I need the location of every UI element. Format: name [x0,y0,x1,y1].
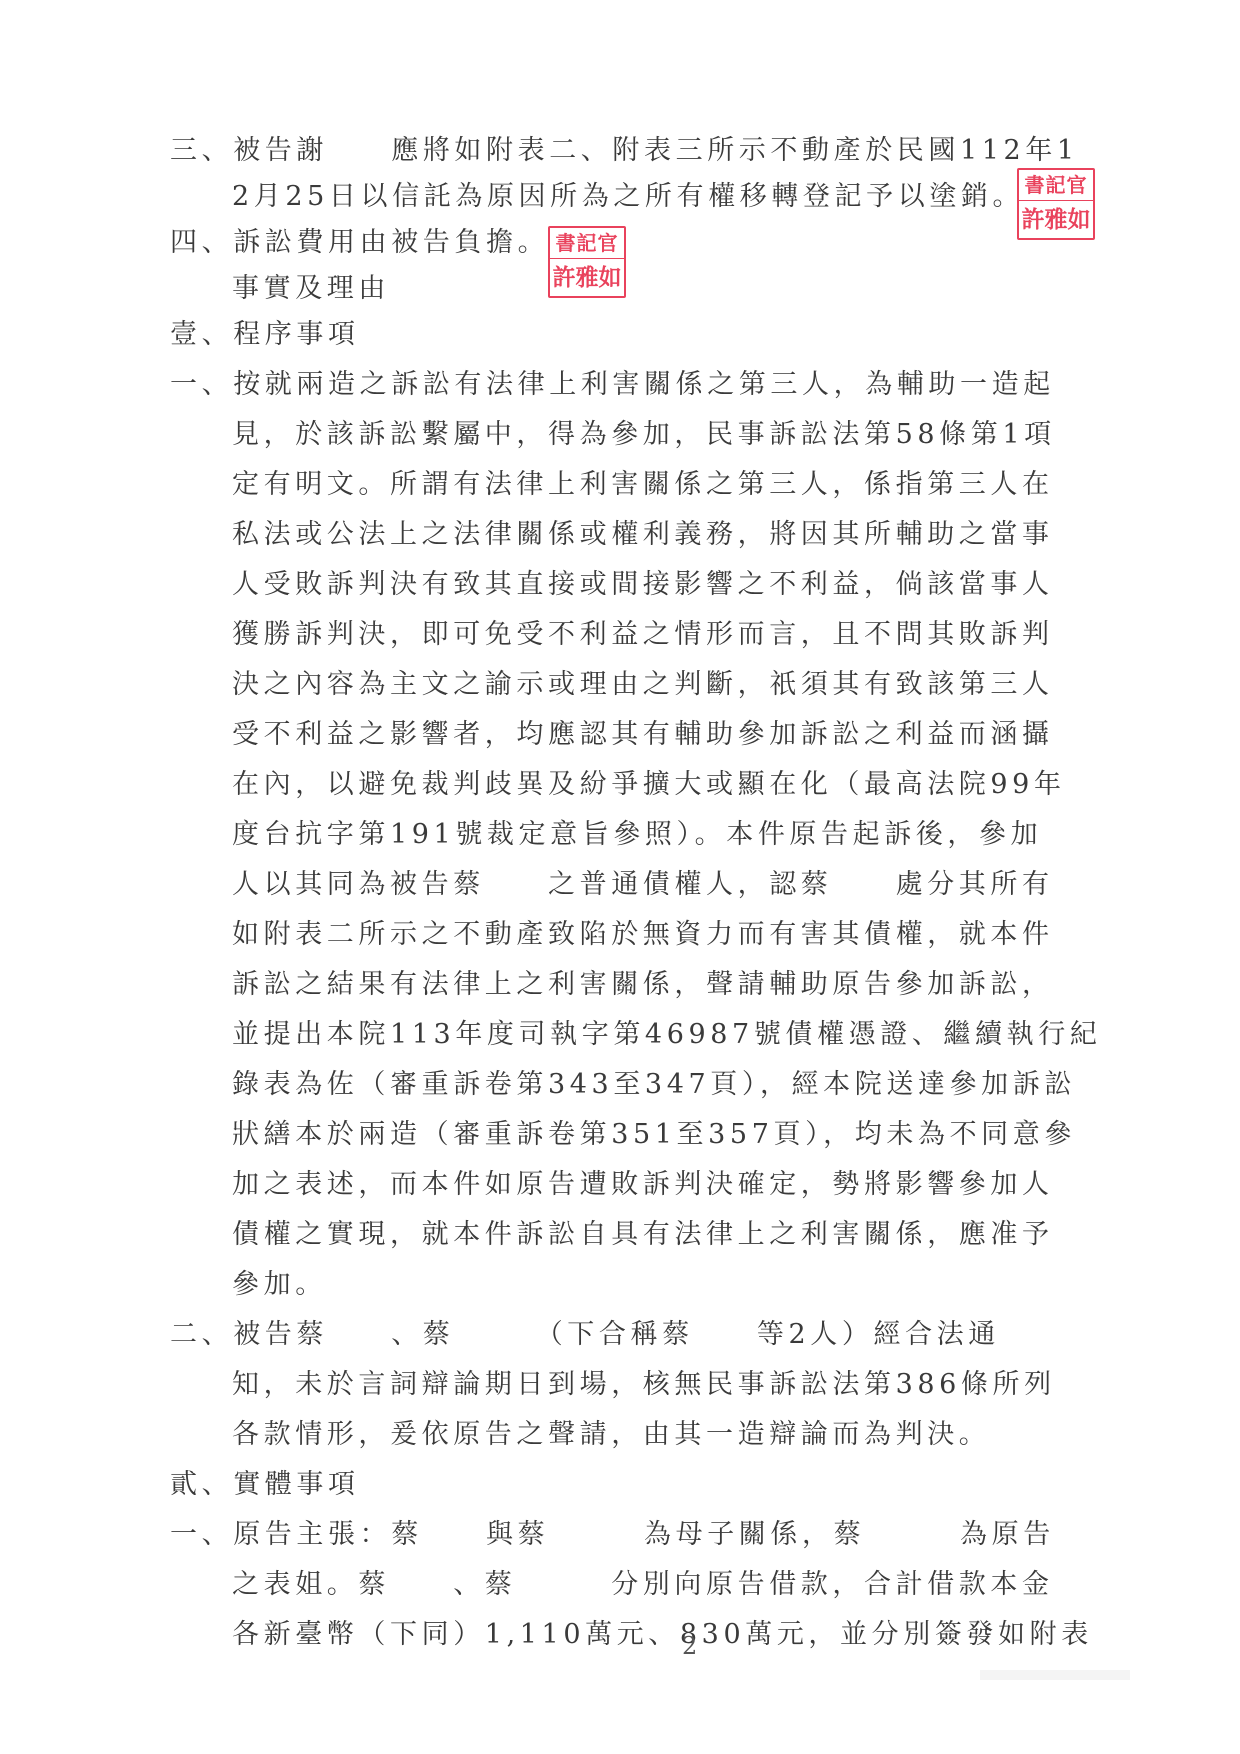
section-heading: 貳、實體事項 [170,1468,360,1502]
line-text: 訴訟之結果有法律上之利害關係，聲請輔助原告參加訴訟， [232,969,1054,1000]
line-text: 訴訟費用由被告負擔。 [233,227,549,258]
clerk-seal-stamp: 書記官 許雅如 [1017,168,1095,240]
line-text: 原告主張：蔡 與蔡 為母子關係，蔡 為原告 [233,1519,1055,1550]
line-text: 在內，以避免裁判歧異及紛爭擴大或顯在化（最高法院99年 [232,769,1066,800]
text-line: 之表姐。蔡 、蔡 分別向原告借款，合計借款本金 [232,1568,1054,1602]
line-text: 實體事項 [233,1469,359,1500]
text-line: 並提出本院113年度司執字第46987號債權憑證、繼續執行紀 [232,1018,1101,1052]
item-prefix: 貳、 [170,1469,233,1500]
line-text: 各款情形，爰依原告之聲請，由其一造辯論而為判決。 [232,1419,990,1450]
text-line: 在內，以避免裁判歧異及紛爭擴大或顯在化（最高法院99年 [232,768,1066,802]
line-text: 如附表二所示之不動產致陷於無資力而有害其債權，就本件 [232,919,1054,950]
line-text: 受不利益之影響者，均應認其有輔助參加訴訟之利益而涵攝 [232,719,1054,750]
text-line: 各新臺幣（下同）1,110萬元、830萬元，並分別簽發如附表 [232,1618,1093,1652]
line-text: 按就兩造之訴訟有法律上利害關係之第三人，為輔助一造起 [233,369,1055,400]
text-line: 私法或公法上之法律關係或權利義務，將因其所輔助之當事 [232,518,1054,552]
line-text: 被告謝 應將如附表二、附表三所示不動產於民國112年1 [233,135,1079,166]
clerk-seal-stamp: 書記官 許雅如 [548,226,626,298]
item-prefix: 二、 [170,1319,233,1350]
seal-name: 許雅如 [1019,201,1093,239]
item-prefix: 三、 [170,135,233,166]
text-line: 參加。 [232,1268,327,1302]
item-prefix: 一、 [170,369,233,400]
item-prefix: 一、 [170,1519,233,1550]
section-heading: 事實及理由 [232,272,390,306]
text-line: 2月25日以信託為原因所為之所有權移轉登記予以塗銷。 [232,180,1024,214]
text-line: 一、按就兩造之訴訟有法律上利害關係之第三人，為輔助一造起 [170,368,1055,402]
line-text: 見，於該訴訟繫屬中，得為參加，民事訴訟法第58條第1項 [232,419,1056,450]
text-line: 決之內容為主文之諭示或理由之判斷，祇須其有致該第三人 [232,668,1054,702]
text-line: 狀繕本於兩造（審重訴卷第351至357頁），均未為不同意參 [232,1118,1076,1152]
text-line: 人以其同為被告蔡 之普通債權人，認蔡 處分其所有 [232,868,1054,902]
text-line: 受不利益之影響者，均應認其有輔助參加訴訟之利益而涵攝 [232,718,1054,752]
text-line: 見，於該訴訟繫屬中，得為參加，民事訴訟法第58條第1項 [232,418,1056,452]
line-text: 度台抗字第191號裁定意旨參照）。本件原告起訴後，參加 [232,819,1042,850]
line-text: 債權之實現，就本件訴訟自具有法律上之利害關係，應准予 [232,1219,1054,1250]
document-page: 三、被告謝 應將如附表二、附表三所示不動產於民國112年1 2月25日以信託為原… [0,0,1240,1754]
text-line: 四、訴訟費用由被告負擔。 [170,226,549,260]
text-line: 訴訟之結果有法律上之利害關係，聲請輔助原告參加訴訟， [232,968,1054,1002]
line-text: 知，未於言詞辯論期日到場，核無民事訴訟法第386條所列 [232,1369,1056,1400]
section-heading: 壹、程序事項 [170,318,360,352]
scan-artifact [980,1670,1130,1680]
line-text: 程序事項 [233,319,359,350]
line-text: 錄表為佐（審重訴卷第343至347頁），經本院送達參加訴訟 [232,1069,1076,1100]
line-text: 決之內容為主文之諭示或理由之判斷，祇須其有致該第三人 [232,669,1054,700]
text-line: 獲勝訴判決，即可免受不利益之情形而言，且不問其敗訴判 [232,618,1054,652]
line-text: 定有明文。所謂有法律上利害關係之第三人，係指第三人在 [232,469,1054,500]
seal-title: 書記官 [550,228,624,259]
seal-title: 書記官 [1019,170,1093,201]
line-text: 參加。 [232,1269,327,1300]
text-line: 定有明文。所謂有法律上利害關係之第三人，係指第三人在 [232,468,1054,502]
item-prefix: 四、 [170,227,233,258]
line-text: 各新臺幣（下同）1,110萬元、830萬元，並分別簽發如附表 [232,1619,1093,1650]
line-text: 事實及理由 [232,273,390,304]
line-text: 加之表述，而本件如原告遭敗訴判決確定，勢將影響參加人 [232,1169,1054,1200]
line-text: 獲勝訴判決，即可免受不利益之情形而言，且不問其敗訴判 [232,619,1054,650]
text-line: 三、被告謝 應將如附表二、附表三所示不動產於民國112年1 [170,134,1079,168]
text-line: 知，未於言詞辯論期日到場，核無民事訴訟法第386條所列 [232,1368,1056,1402]
text-line: 一、原告主張：蔡 與蔡 為母子關係，蔡 為原告 [170,1518,1055,1552]
text-line: 各款情形，爰依原告之聲請，由其一造辯論而為判決。 [232,1418,990,1452]
page-number: 2 [682,1632,697,1660]
line-text: 被告蔡 、蔡 （下合稱蔡 等2人）經合法通 [233,1319,1000,1350]
seal-name: 許雅如 [550,259,624,297]
text-line: 人受敗訴判決有致其直接或間接影響之不利益，倘該當事人 [232,568,1054,602]
item-prefix: 壹、 [170,319,233,350]
line-text: 人受敗訴判決有致其直接或間接影響之不利益，倘該當事人 [232,569,1054,600]
line-text: 狀繕本於兩造（審重訴卷第351至357頁），均未為不同意參 [232,1119,1076,1150]
line-text: 人以其同為被告蔡 之普通債權人，認蔡 處分其所有 [232,869,1054,900]
text-line: 度台抗字第191號裁定意旨參照）。本件原告起訴後，參加 [232,818,1042,852]
text-line: 債權之實現，就本件訴訟自具有法律上之利害關係，應准予 [232,1218,1054,1252]
text-line: 加之表述，而本件如原告遭敗訴判決確定，勢將影響參加人 [232,1168,1054,1202]
text-line: 二、被告蔡 、蔡 （下合稱蔡 等2人）經合法通 [170,1318,1000,1352]
text-line: 如附表二所示之不動產致陷於無資力而有害其債權，就本件 [232,918,1054,952]
text-line: 錄表為佐（審重訴卷第343至347頁），經本院送達參加訴訟 [232,1068,1076,1102]
line-text: 並提出本院113年度司執字第46987號債權憑證、繼續執行紀 [232,1019,1101,1050]
line-text: 私法或公法上之法律關係或權利義務，將因其所輔助之當事 [232,519,1054,550]
line-text: 之表姐。蔡 、蔡 分別向原告借款，合計借款本金 [232,1569,1054,1600]
line-text: 2月25日以信託為原因所為之所有權移轉登記予以塗銷。 [232,181,1024,212]
